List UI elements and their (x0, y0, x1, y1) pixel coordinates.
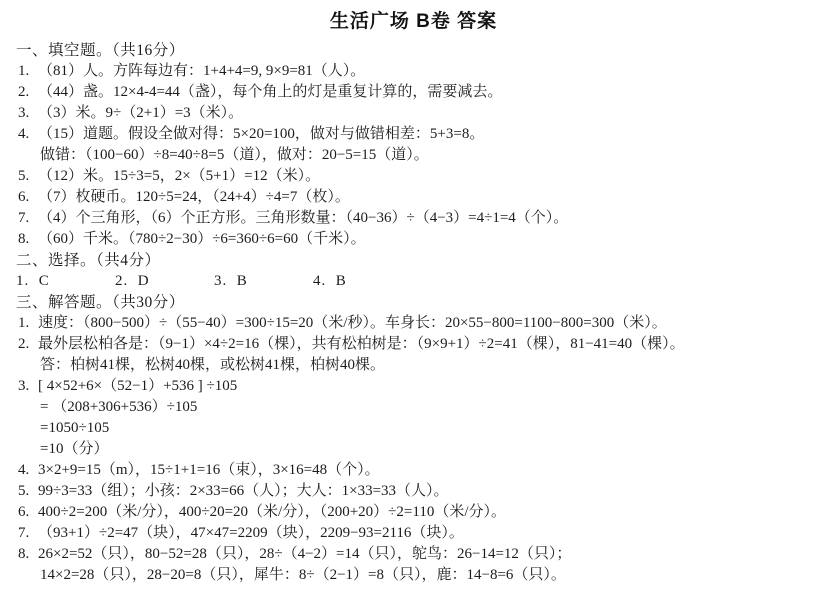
item-number: 4. (16, 460, 38, 481)
item-text: = （208+306+536）÷105 (38, 397, 197, 418)
item-text: （60）千米。（780÷2−30）÷6=360÷6=60（千米）。 (38, 229, 366, 250)
item-number: 5. (16, 166, 38, 187)
item-text: 400÷2=200（米/分），400÷20=20（米/分），（200+20）÷2… (38, 502, 506, 523)
answer-line: 6. 400÷2=200（米/分），400÷20=20（米/分），（200+20… (16, 502, 811, 523)
answer-line-continuation: 14×2=28（只），28−20=8（只），犀牛：8÷（2−1）=8（只），鹿：… (16, 565, 811, 586)
item-text: （81）人。方阵每边有：1+4+4=9, 9×9=81（人）。 (38, 61, 365, 82)
item-text: 最外层松柏各是：（9−1）×4÷2=16（棵），共有松柏树是：（9×9+1）÷2… (38, 334, 685, 355)
item-number: 6. (16, 187, 38, 208)
item-text: 做错：（100−60）÷8=40÷8=5（道），做对：20−5=15（道）。 (38, 145, 429, 166)
choice-letter: B (336, 273, 347, 289)
answer-line: 6. （7）枚硬币。120÷5=24，（24+4）÷4=7（枚）。 (16, 187, 811, 208)
answer-line-continuation: =10（分） (16, 439, 811, 460)
item-text: （4）个三角形，（6）个正方形。三角形数量：（40−36）÷（4−3）=4÷1=… (38, 208, 568, 229)
choice-answer: 3. B (214, 271, 313, 292)
item-text: （3）米。9÷（2+1）=3（米）。 (38, 103, 243, 124)
answer-line: 7. （93+1）÷2=47（块），47×47=2209（块），2209−93=… (16, 523, 811, 544)
item-text: 14×2=28（只），28−20=8（只），犀牛：8÷（2−1）=8（只），鹿：… (38, 565, 566, 586)
item-text: （12）米。15÷3=5，2×（5+1）=12（米）。 (38, 166, 320, 187)
item-number: 3. (16, 376, 38, 397)
answer-line: 3. （3）米。9÷（2+1）=3（米）。 (16, 103, 811, 124)
choice-number: 3. (214, 273, 227, 289)
answer-line: 1. （81）人。方阵每边有：1+4+4=9, 9×9=81（人）。 (16, 61, 811, 82)
page-title: 生活广场 B卷 答案 (16, 10, 811, 34)
answer-line: 2. 最外层松柏各是：（9−1）×4÷2=16（棵），共有松柏树是：（9×9+1… (16, 334, 811, 355)
answer-line: 2. （44）盏。12×4-4=44（盏），每个角上的灯是重复计算的，需要减去。 (16, 82, 811, 103)
item-text: （44）盏。12×4-4=44（盏），每个角上的灯是重复计算的，需要减去。 (38, 82, 502, 103)
choice-number: 2. (115, 273, 128, 289)
item-text: （93+1）÷2=47（块），47×47=2209（块），2209−93=211… (38, 523, 464, 544)
section-heading-multiple-choice: 二、选择。（共4分） (16, 250, 811, 271)
answer-line-continuation: =1050÷105 (16, 418, 811, 439)
answer-line: 5. 99÷3=33（组）；小孩：2×33=66（人）；大人：1×33=33（人… (16, 481, 811, 502)
item-number: 1. (16, 313, 38, 334)
item-number: 4. (16, 124, 38, 145)
item-number: 7. (16, 208, 38, 229)
choice-letter: B (237, 273, 248, 289)
choice-answer: 4. B (313, 271, 412, 292)
item-text: （7）枚硬币。120÷5=24，（24+4）÷4=7（枚）。 (38, 187, 350, 208)
choice-letter: D (138, 273, 150, 289)
answer-line: 7. （4）个三角形，（6）个正方形。三角形数量：（40−36）÷（4−3）=4… (16, 208, 811, 229)
item-text: =10（分） (38, 439, 108, 460)
item-text: [ 4×52+6×（52−1）+536 ] ÷105 (38, 376, 237, 397)
item-text: （15）道题。假设全做对得：5×20=100，做对与做错相差：5+3=8。 (38, 124, 484, 145)
choice-number: 1. (16, 273, 29, 289)
answer-line-continuation: 做错：（100−60）÷8=40÷8=5（道），做对：20−5=15（道）。 (16, 145, 811, 166)
item-text: =1050÷105 (38, 418, 109, 439)
item-number: 8. (16, 544, 38, 565)
answer-line: 8. 26×2=52（只），80−52=28（只），28÷（4−2）=14（只）… (16, 544, 811, 565)
choice-letter: C (39, 273, 50, 289)
item-number: 6. (16, 502, 38, 523)
item-text: 速度：（800−500）÷（55−40）=300÷15=20（米/秒）。车身长：… (38, 313, 667, 334)
answer-line: 4. （15）道题。假设全做对得：5×20=100，做对与做错相差：5+3=8。 (16, 124, 811, 145)
choice-answers-row: 1. C 2. D 3. B 4. B (16, 271, 811, 292)
choice-number: 4. (313, 273, 326, 289)
item-number: 8. (16, 229, 38, 250)
choice-answer: 1. C (16, 271, 115, 292)
answer-line: 8. （60）千米。（780÷2−30）÷6=360÷6=60（千米）。 (16, 229, 811, 250)
section-heading-fill-blank: 一、填空题。（共16分） (16, 40, 811, 61)
item-number: 5. (16, 481, 38, 502)
item-text: 26×2=52（只），80−52=28（只），28÷（4−2）=14（只），鸵鸟… (38, 544, 571, 565)
item-number: 2. (16, 82, 38, 103)
section-heading-solve-problems: 三、解答题。（共30分） (16, 292, 811, 313)
item-number: 2. (16, 334, 38, 355)
item-number: 3. (16, 103, 38, 124)
answer-line: 1. 速度：（800−500）÷（55−40）=300÷15=20（米/秒）。车… (16, 313, 811, 334)
answer-sheet-page: 生活广场 B卷 答案 一、填空题。（共16分） 1. （81）人。方阵每边有：1… (0, 0, 825, 590)
choice-answer: 2. D (115, 271, 214, 292)
answer-line: 5. （12）米。15÷3=5，2×（5+1）=12（米）。 (16, 166, 811, 187)
item-text: 3×2+9=15（m），15÷1+1=16（束），3×16=48（个）。 (38, 460, 380, 481)
answer-line-continuation: 答：柏树41棵，松树40棵，或松树41棵，柏树40棵。 (16, 355, 811, 376)
answer-line: 4. 3×2+9=15（m），15÷1+1=16（束），3×16=48（个）。 (16, 460, 811, 481)
answer-line-continuation: = （208+306+536）÷105 (16, 397, 811, 418)
item-text: 答：柏树41棵，松树40棵，或松树41棵，柏树40棵。 (38, 355, 385, 376)
answer-line: 3. [ 4×52+6×（52−1）+536 ] ÷105 (16, 376, 811, 397)
item-text: 99÷3=33（组）；小孩：2×33=66（人）；大人：1×33=33（人）。 (38, 481, 449, 502)
item-number: 1. (16, 61, 38, 82)
item-number: 7. (16, 523, 38, 544)
